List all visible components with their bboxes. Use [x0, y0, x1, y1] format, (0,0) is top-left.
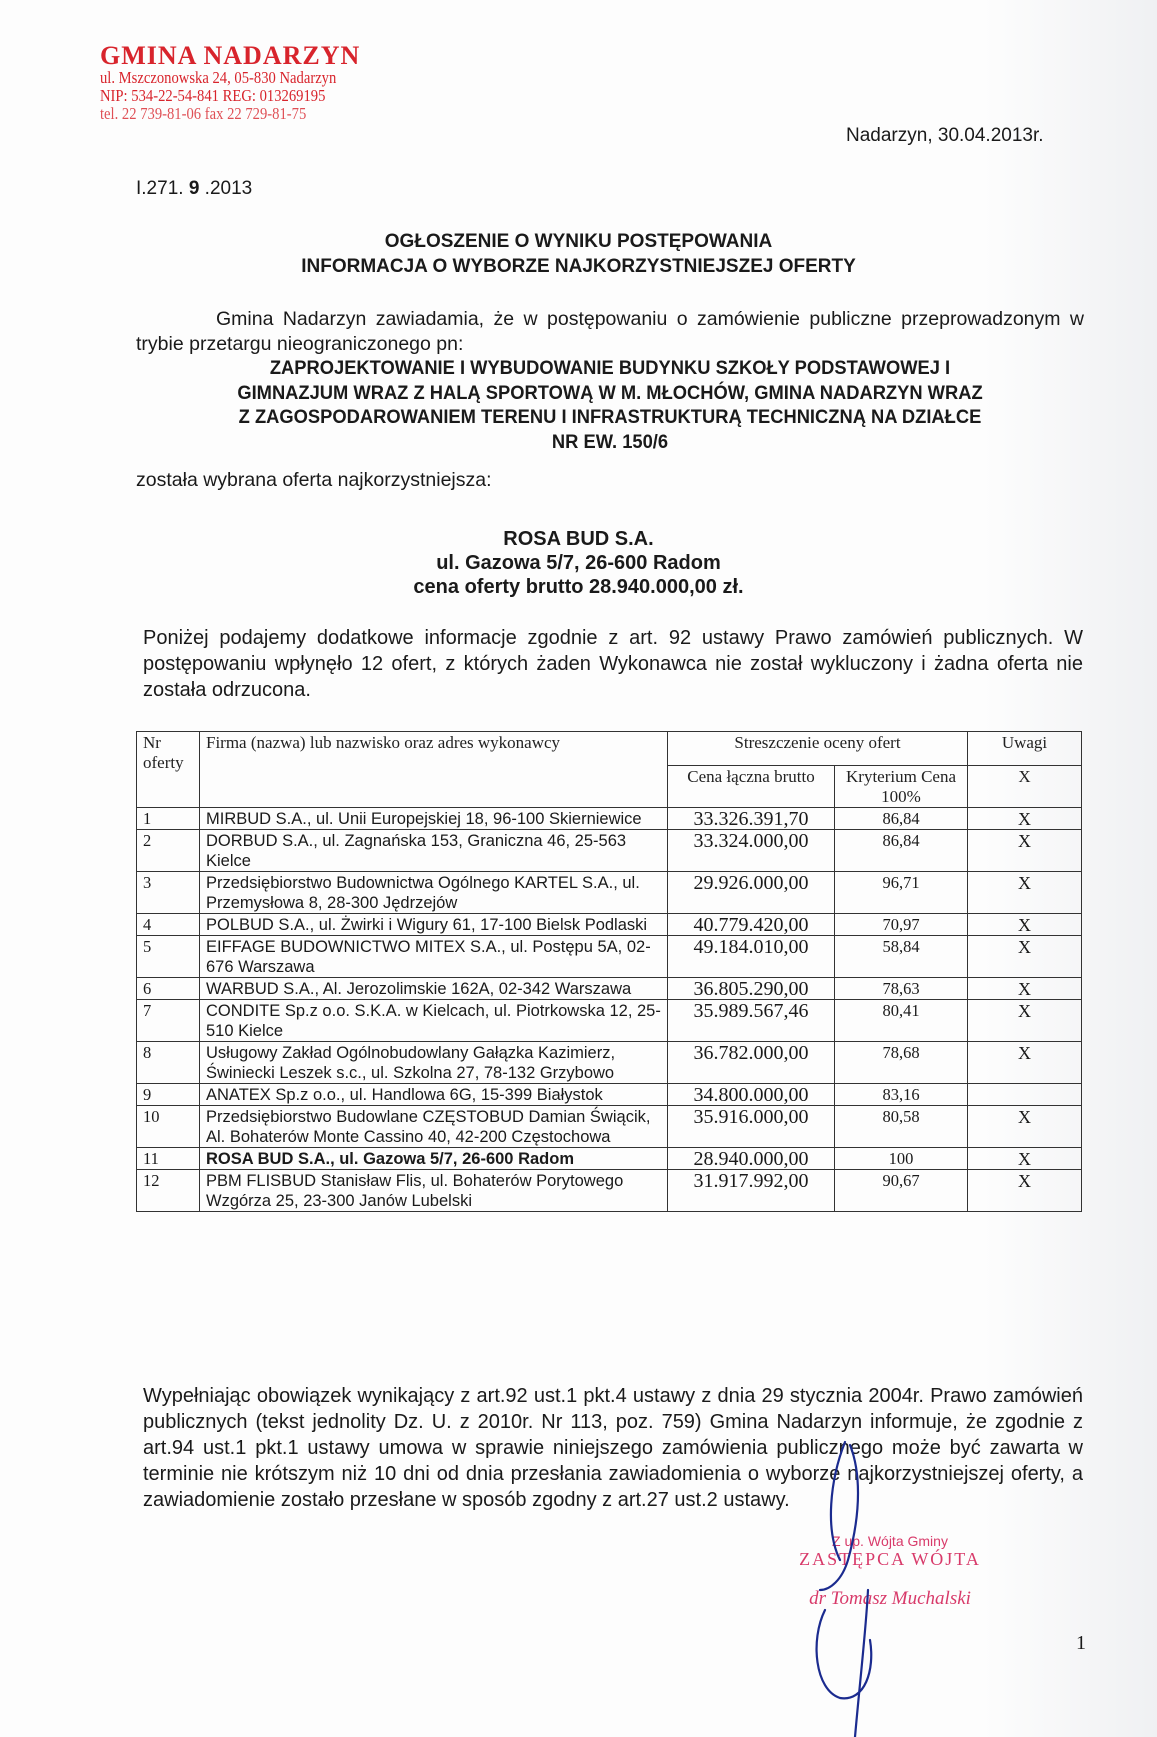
title-line-2: INFORMACJA O WYBORZE NAJKORZYSTNIEJSZEJ … — [0, 254, 1157, 279]
criterion-score: 58,84 — [835, 936, 968, 978]
offer-price: 33.326.391,70 — [668, 808, 835, 830]
header-nr: Nr oferty — [137, 732, 200, 808]
offer-number: 9 — [137, 1084, 200, 1106]
winner-price: cena oferty brutto 28.940.000,00 zł. — [0, 575, 1157, 599]
table-row: 1MIRBUD S.A., ul. Unii Europejskiej 18, … — [137, 808, 1082, 830]
offer-number: 11 — [137, 1148, 200, 1170]
table-row: 9ANATEX Sp.z o.o., ul. Handlowa 6G, 15-3… — [137, 1084, 1082, 1106]
criterion-score: 96,71 — [835, 872, 968, 914]
reference-num: 9 — [189, 178, 200, 199]
subject-line-4: NR EW. 150/6 — [164, 430, 1055, 455]
notes-mark: X — [968, 1106, 1082, 1148]
contractor-name: MIRBUD S.A., ul. Unii Europejskiej 18, 9… — [200, 808, 668, 830]
offer-price: 33.324.000,00 — [668, 830, 835, 872]
table-row: 7CONDITE Sp.z o.o. S.K.A. w Kielcach, ul… — [137, 1000, 1082, 1042]
offer-price: 28.940.000,00 — [668, 1148, 835, 1170]
notes-mark: X — [968, 872, 1082, 914]
notes-mark: X — [968, 1042, 1082, 1084]
criterion-score: 83,16 — [835, 1084, 968, 1106]
offer-number: 8 — [137, 1042, 200, 1084]
offer-price: 35.989.567,46 — [668, 1000, 835, 1042]
stamp-address: ul. Mszczonowska 24, 05-830 Nadarzyn — [100, 69, 336, 87]
notes-mark: X — [968, 808, 1082, 830]
offer-number: 4 — [137, 914, 200, 936]
notes-mark: X — [968, 830, 1082, 872]
header-price: Cena łączna brutto — [668, 766, 835, 808]
offer-number: 2 — [137, 830, 200, 872]
subject-line-3: Z ZAGOSPODAROWANIEM TERENU I INFRASTRUKT… — [164, 405, 1055, 430]
intro-text: Gmina Nadarzyn zawiadamia, że w postępow… — [136, 308, 1084, 355]
handwritten-signature-icon — [790, 1440, 910, 1737]
offer-price: 31.917.992,00 — [668, 1170, 835, 1212]
procurement-subject: ZAPROJEKTOWANIE I WYBUDOWANIE BUDYNKU SZ… — [164, 356, 1055, 454]
contractor-name: Przedsiębiorstwo Budowlane CZĘSTOBUD Dam… — [200, 1106, 668, 1148]
chosen-offer-label: została wybrana oferta najkorzystniejsza… — [136, 469, 492, 492]
notes-mark: X — [968, 936, 1082, 978]
offer-price: 36.782.000,00 — [668, 1042, 835, 1084]
table-row: 12PBM FLISBUD Stanisław Flis, ul. Bohate… — [137, 1170, 1082, 1212]
criterion-score: 86,84 — [835, 808, 968, 830]
page-number: 1 — [1076, 1632, 1086, 1655]
winner-name: ROSA BUD S.A. — [0, 527, 1157, 551]
criterion-score: 86,84 — [835, 830, 968, 872]
contractor-name: PBM FLISBUD Stanisław Flis, ul. Bohateró… — [200, 1170, 668, 1212]
contractor-name: Usługowy Zakład Ogólnobudowlany Gałązka … — [200, 1042, 668, 1084]
table-header-row: Nr oferty Firma (nazwa) lub nazwisko ora… — [137, 732, 1082, 766]
offer-price: 40.779.420,00 — [668, 914, 835, 936]
table-row: 10Przedsiębiorstwo Budowlane CZĘSTOBUD D… — [137, 1106, 1082, 1148]
table-row: 11ROSA BUD S.A., ul. Gazowa 5/7, 26-600 … — [137, 1148, 1082, 1170]
contractor-name: EIFFAGE BUDOWNICTWO MITEX S.A., ul. Post… — [200, 936, 668, 978]
contractor-name: Przedsiębiorstwo Budownictwa Ogólnego KA… — [200, 872, 668, 914]
header-notes-sub: X — [968, 766, 1082, 808]
final-paragraph: Wypełniając obowiązek wynikający z art.9… — [143, 1383, 1083, 1513]
notes-mark: X — [968, 1000, 1082, 1042]
intro-paragraph: Gmina Nadarzyn zawiadamia, że w postępow… — [136, 307, 1084, 357]
header-firm: Firma (nazwa) lub nazwisko oraz adres wy… — [200, 732, 668, 808]
stamp-nip-reg: NIP: 534-22-54-841 REG: 013269195 — [100, 87, 336, 105]
notes-mark: X — [968, 914, 1082, 936]
notes-mark: X — [968, 1170, 1082, 1212]
stamp-name: GMINA NADARZYN — [100, 42, 375, 69]
reference-number: I.271. 9 .2013 — [136, 178, 252, 200]
notes-mark: X — [968, 1148, 1082, 1170]
criterion-score: 100 — [835, 1148, 968, 1170]
table-row: 6WARBUD S.A., Al. Jerozolimskie 162A, 02… — [137, 978, 1082, 1000]
table-row: 3Przedsiębiorstwo Budownictwa Ogólnego K… — [137, 872, 1082, 914]
reference-prefix: I.271. — [136, 178, 189, 199]
contractor-name: ANATEX Sp.z o.o., ul. Handlowa 6G, 15-39… — [200, 1084, 668, 1106]
criterion-score: 80,41 — [835, 1000, 968, 1042]
criterion-score: 70,97 — [835, 914, 968, 936]
offer-number: 6 — [137, 978, 200, 1000]
winner-address: ul. Gazowa 5/7, 26-600 Radom — [0, 551, 1157, 575]
criterion-score: 78,63 — [835, 978, 968, 1000]
offer-price: 36.805.290,00 — [668, 978, 835, 1000]
contractor-name: CONDITE Sp.z o.o. S.K.A. w Kielcach, ul.… — [200, 1000, 668, 1042]
header-summary: Streszczenie oceny ofert — [668, 732, 968, 766]
contractor-name: POLBUD S.A., ul. Żwirki i Wigury 61, 17-… — [200, 914, 668, 936]
table-row: 8Usługowy Zakład Ogólnobudowlany Gałązka… — [137, 1042, 1082, 1084]
contractor-name: ROSA BUD S.A., ul. Gazowa 5/7, 26-600 Ra… — [200, 1148, 668, 1170]
offer-number: 5 — [137, 936, 200, 978]
offer-number: 12 — [137, 1170, 200, 1212]
municipality-header-stamp: GMINA NADARZYN ul. Mszczonowska 24, 05-8… — [100, 42, 375, 123]
offer-price: 34.800.000,00 — [668, 1084, 835, 1106]
subject-line-1: ZAPROJEKTOWANIE I WYBUDOWANIE BUDYNKU SZ… — [164, 356, 1055, 381]
place-and-date: Nadarzyn, 30.04.2013r. — [846, 125, 1044, 147]
reference-suffix: .2013 — [199, 178, 252, 199]
winning-offer: ROSA BUD S.A. ul. Gazowa 5/7, 26-600 Rad… — [0, 527, 1157, 599]
header-criterion: Kryterium Cena 100% — [835, 766, 968, 808]
contractor-name: DORBUD S.A., ul. Zagnańska 153, Graniczn… — [200, 830, 668, 872]
table-row: 5EIFFAGE BUDOWNICTWO MITEX S.A., ul. Pos… — [137, 936, 1082, 978]
notes-mark — [968, 1084, 1082, 1106]
criterion-score: 80,58 — [835, 1106, 968, 1148]
table-row: 4POLBUD S.A., ul. Żwirki i Wigury 61, 17… — [137, 914, 1082, 936]
stamp-phone-fax: tel. 22 739-81-06 fax 22 729-81-75 — [100, 105, 336, 123]
header-notes: Uwagi — [968, 732, 1082, 766]
offer-number: 10 — [137, 1106, 200, 1148]
offer-price: 49.184.010,00 — [668, 936, 835, 978]
subject-line-2: GIMNAZJUM WRAZ Z HALĄ SPORTOWĄ W M. MŁOC… — [164, 381, 1055, 406]
offer-price: 29.926.000,00 — [668, 872, 835, 914]
title-line-1: OGŁOSZENIE O WYNIKU POSTĘPOWANIA — [0, 229, 1157, 254]
offers-table: Nr oferty Firma (nazwa) lub nazwisko ora… — [136, 731, 1082, 1212]
additional-info-paragraph: Poniżej podajemy dodatkowe informacje zg… — [143, 625, 1083, 703]
notes-mark: X — [968, 978, 1082, 1000]
offer-number: 7 — [137, 1000, 200, 1042]
criterion-score: 78,68 — [835, 1042, 968, 1084]
criterion-score: 90,67 — [835, 1170, 968, 1212]
table-row: 2DORBUD S.A., ul. Zagnańska 153, Granicz… — [137, 830, 1082, 872]
offer-number: 1 — [137, 808, 200, 830]
document-title: OGŁOSZENIE O WYNIKU POSTĘPOWANIA INFORMA… — [0, 229, 1157, 279]
offer-price: 35.916.000,00 — [668, 1106, 835, 1148]
contractor-name: WARBUD S.A., Al. Jerozolimskie 162A, 02-… — [200, 978, 668, 1000]
offer-number: 3 — [137, 872, 200, 914]
